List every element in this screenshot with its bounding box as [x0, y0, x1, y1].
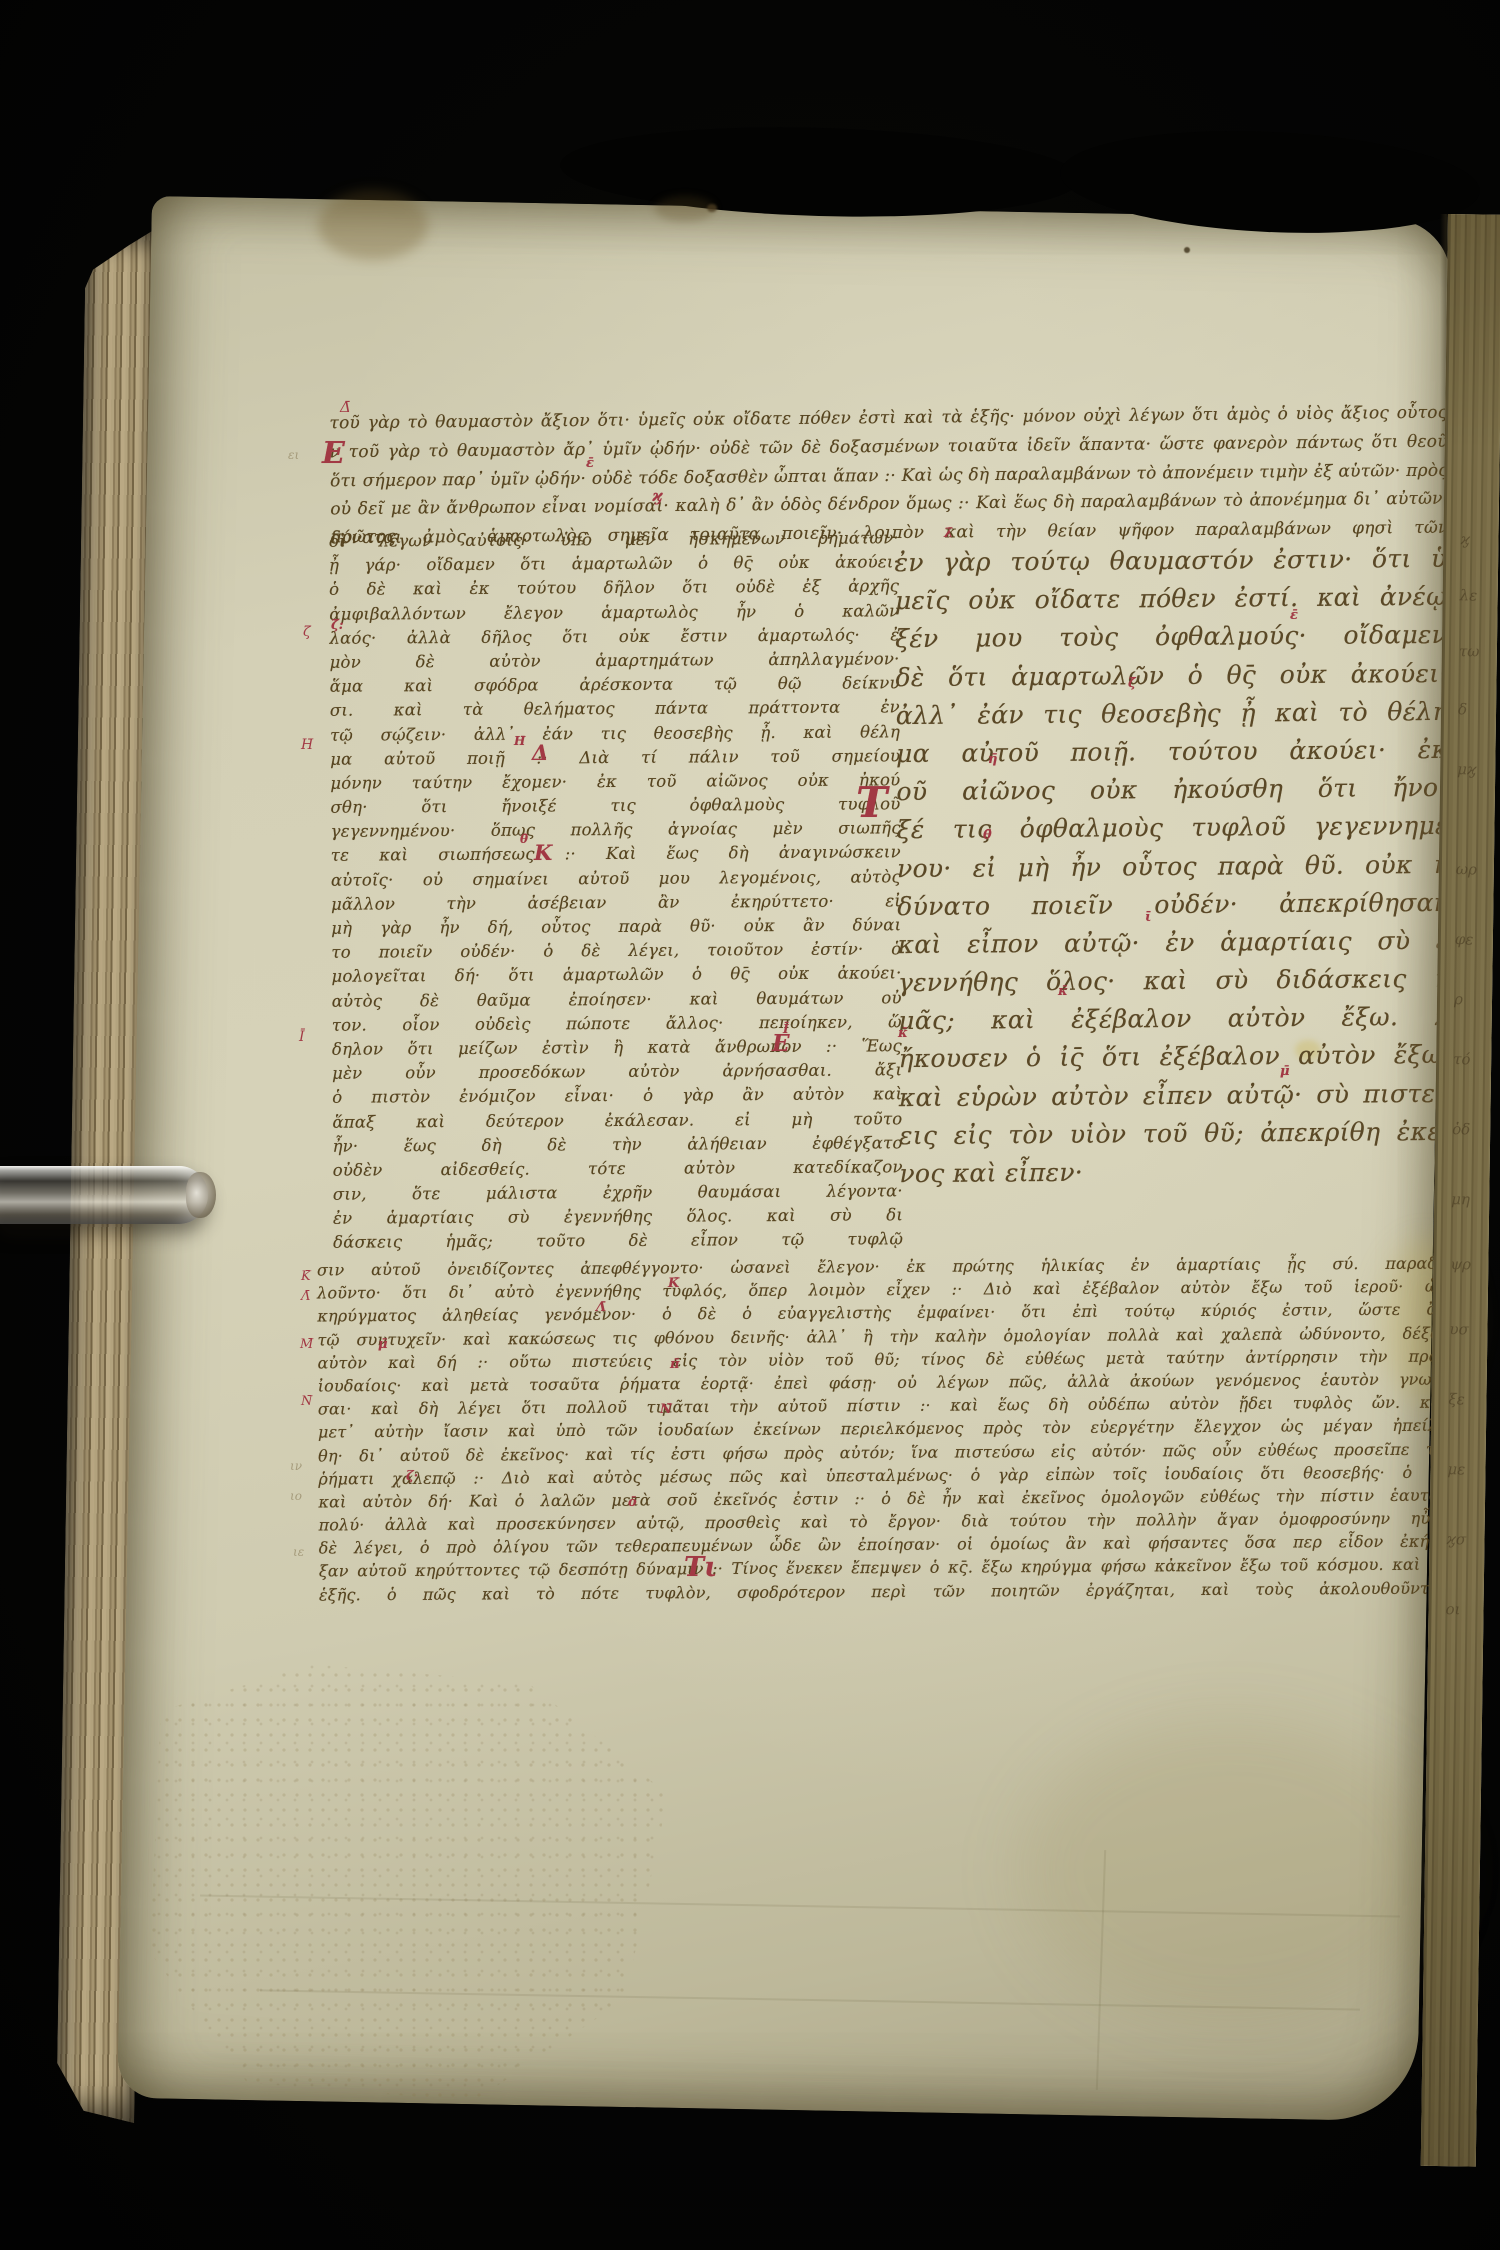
margin-section-letter: Ν̄ [301, 1394, 312, 1409]
manuscript-text-line: οὐδὲν αἰδεσθείς. τότε αὐτὸν κατεδίκαζον [333, 1155, 903, 1183]
margin-section-letter: Η̄ [301, 737, 313, 753]
manuscript-text-line: ἀλλ᾽ ἐάν τις θεοσεβὴς ᾖ καὶ τὸ θέλη [896, 693, 1448, 736]
manuscript-text-line: σι. καὶ τὰ θελήματος πάντα πράττοντα ἐν [330, 696, 900, 724]
manuscript-text-line: σιν, ὅτε μάλιστα ἐχρῆν θαυμάσαι λέγοντα· [333, 1179, 903, 1207]
rubric-letter: ζ̄ [1128, 676, 1136, 691]
manuscript-text-line: ἦν· ἕως δὴ δὲ τὴν ἀλήθειαν ἐφθέγξατο [332, 1131, 902, 1159]
manuscript-text-line: μᾶλλον τὴν ἀσέβειαν ἂν ἐκηρύττετο· εἰ [331, 889, 901, 917]
fore-edge-text-fragment: μη [1451, 1190, 1470, 1208]
fore-edge-text-fragment: ὁδ [1452, 1120, 1470, 1138]
rubric-letter: ε̄ [586, 456, 594, 471]
manuscript-text-line: ἀμφιβαλλόντων ἔλεγον ἁμαρτωλὸς ἦν ὁ καλῶ… [329, 599, 899, 627]
manuscript-text-line: ὁ δὲ καὶ ἐκ τούτου δῆλον ὅτι οὐδὲ ἐξ ἀρχ… [329, 575, 899, 603]
manuscript-text-line: τε καὶ σιωπήσεως :· Καὶ ἕως δὴ ἀναγινώσκ… [331, 841, 901, 869]
left-commentary-column: οἱ λέγων αὐτοῖς· ὑπὸ μὲν ἠσκημένων ῥημάτ… [329, 526, 903, 1255]
manuscript-text-line: ἐν γὰρ τούτῳ θαυμαστόν ἐστιν· ὅτι ὑ [894, 540, 1446, 583]
rubric-letter: κ̄ [1058, 984, 1068, 999]
manuscript-text-line: μὸν δὲ αὐτὸν ἁμαρτημάτων ἀπηλλαγμένον· [330, 647, 900, 675]
rubric-letter: Ε [322, 436, 345, 471]
fore-edge-text-fragment: λε [1460, 586, 1478, 604]
manuscript-text-line: ξέν μου τοὺς ὀφθαλμούς· οἴδαμεν [895, 616, 1447, 659]
manuscript-text-line: αὐτοῖς· οὐ σημαίνει αὐτοῦ μου λεγομένοις… [331, 865, 901, 893]
fore-edge-text-fragment: μϗ [1457, 760, 1476, 778]
rubric-letter: η̄ [988, 752, 997, 767]
fore-edge-text-fragment: οι [1445, 1600, 1460, 1618]
manuscript-text-line: γεγεννημένου· ὅπως πολλῆς ἀγνοίας μὲν σι… [331, 817, 901, 845]
manuscript-text-line: ἅπαξ καὶ δεύτερον ἐκάλεσαν. εἰ μὴ τοῦτο [332, 1107, 902, 1135]
manuscript-text-line: μᾶς; καὶ ἐξέβαλον αὐτὸν ἔξω. ϗ [898, 998, 1450, 1041]
manuscript-text-line: καὶ εὑρὼν αὐτὸν εἶπεν αὐτῷ· σὺ πιστεύ [899, 1074, 1451, 1117]
manuscript-text-line: δύνατο ποιεῖν οὐδέν· ἀπεκρίθησαν [897, 884, 1449, 927]
manuscript-text-line: δάσκεις ἡμᾶς; τοῦτο δὲ εἶπον τῷ τυφλῷ [333, 1228, 903, 1256]
rubric-letter: Η̄ [514, 734, 525, 748]
gospel-text-column: ἐν γὰρ τούτῳ θαυμαστόν ἐστιν· ὅτι ὑμεῖς … [894, 540, 1451, 1194]
manuscript-text-line: μόνην ταύτην ἔχομεν· ἐκ τοῦ αἰῶνος οὐκ ἠ… [330, 768, 900, 796]
manuscript-text-line: νος καὶ εἶπεν· [899, 1151, 1451, 1194]
fore-edge-text-fragment: ϗ [1460, 530, 1470, 548]
margin-section-letter: ιν [290, 1459, 302, 1473]
manuscript-text-line: οῦ αἰῶνος οὐκ ἠκούσθη ὅτι ἤνοι [896, 769, 1448, 812]
manuscript-text-line: μα αὐτοῦ ποιῇ :· Διὰ τί πάλιν τοῦ σημείο… [330, 744, 900, 772]
manuscript-text-line: τον. οἷον οὐδεὶς πώποτε ἄλλος· πεποίηκεν… [332, 1010, 902, 1038]
rubric-letter: μ̄ [1280, 1064, 1290, 1079]
manuscript-text-line: ἅμα καὶ σφόδρα ἀρέσκοντα τῷ θῷ δείκνυ [330, 671, 900, 699]
fore-edge-text-fragment: φε [1455, 930, 1474, 948]
fore-edge-text-fragment: υσ [1449, 1320, 1469, 1338]
fore-edge-text-fragment: με [1447, 1460, 1465, 1478]
manuscript-text-line: μα αὐτοῦ ποιῇ. τούτου ἀκούει· ἐκ [896, 731, 1448, 774]
glass-page-weight-rod [0, 1166, 208, 1224]
rubric-letter: Τι [684, 1552, 717, 1583]
rubric-letter: ῑ [1145, 910, 1151, 925]
margin-section-letter: ει [288, 448, 299, 462]
manuscript-text-line: γεννήθης ὅλος· καὶ σὺ διδάσκεις ἡ [898, 960, 1450, 1003]
manuscript-text-line: λαός· ἀλλὰ δῆλος ὅτι οὐκ ἔστιν ἁμαρτωλός… [329, 623, 899, 651]
fore-edge-text-fragment: ρ [1454, 990, 1463, 1008]
fore-edge-text-fragment: ϗσ [1446, 1530, 1466, 1548]
manuscript-text-line: νου· εἰ μὴ ἦν οὗτος παρὰ θῦ. οὐκ ἠ [897, 845, 1449, 888]
fore-edge-text-fragment: ξε [1448, 1390, 1465, 1408]
manuscript-text-line: ὁ πιστὸν ἐνόμιζον εἶναι· ὁ γὰρ ἂν αὐτὸν … [332, 1083, 902, 1111]
manuscript-text-line: μὴ γὰρ ἦν δή, οὗτος παρὰ θῦ· οὐκ ἂν δύνα… [331, 913, 901, 941]
manuscript-text-line: δὲ ὅτι ἁμαρτωλῶν ὁ θς̄ οὐκ ἀκούει· [895, 654, 1447, 697]
fore-edge-text-fragment: δ [1458, 700, 1467, 718]
rubric-letter: θ̄ [520, 832, 528, 846]
fore-edge-text-fragment: ωρ [1456, 860, 1477, 878]
manuscript-photo: τοῦ γὰρ τὸ θαυμαστὸν ἄξιον ὅτι· ὑμεῖς οὐ… [0, 0, 1500, 2250]
margin-section-letter: Κ̄ [301, 1269, 311, 1284]
margin-section-letter: ζ̄ [303, 624, 311, 640]
rubric-letter: Κ̄ [668, 1276, 679, 1291]
margin-section-letter: ιο [290, 1489, 302, 1503]
rubric-letter: κ̄ [898, 1026, 908, 1041]
rubric-letter: ζ· [406, 1469, 418, 1484]
rubric-letter: Λ̄ [596, 1300, 606, 1315]
manuscript-text-line: δηλον ὅτι μείζων ἐστὶν ἢ κατὰ ἄνθρωπον :… [332, 1034, 902, 1062]
rubric-letter: Τ [856, 778, 887, 827]
rubric-letter: μ̄ [378, 1337, 388, 1352]
margin-section-letter: Μ̄ [300, 1337, 313, 1352]
manuscript-text-line: αὐτὸς δὲ θαῦμα ἐποίησεν· καὶ θαυμάτων οὐ [332, 986, 902, 1014]
rubric-letter: Ν̄ [660, 1402, 672, 1417]
manuscript-text-line: μολογεῖται δή· ὅτι ἁμαρτωλῶν ὁ θς̄ οὐκ ἀ… [331, 962, 901, 990]
margin-section-letter: Δ̄ [340, 398, 351, 416]
rubric-letter: θ̄ [983, 828, 992, 843]
manuscript-text-line: καὶ εἶπον αὐτῷ· ἐν ἁμαρτίαις σὺ ἐ [897, 922, 1449, 965]
bottom-commentary-block: σιν αὐτοῦ ὀνειδίζοντες ἀπεφθέγγοντο· ὡσα… [317, 1253, 1449, 1608]
rubric-letter: λ̄ [944, 526, 953, 541]
rubric-letter: Κ [534, 840, 552, 865]
manuscript-text-line: οἱ λέγων αὐτοῖς· ὑπὸ μὲν ἠσκημένων ῥημάτ… [329, 526, 899, 554]
rubric-letter: ε̄ [1290, 608, 1298, 623]
fore-edge-text-fragment: τω [1459, 642, 1480, 660]
manuscript-text-line: σθη· ὅτι ἤνοιξέ τις ὀφθαλμοὺς τυφλοῦ [330, 792, 900, 820]
glass-rod-tip [186, 1172, 216, 1218]
rubric-letter: ο̄ [628, 1495, 637, 1510]
manuscript-text-line: μὲν οὖν προσεδόκων αὐτὸν ἀρνήσασθαι. ἄξι [332, 1058, 902, 1086]
manuscript-text-line: εις εἰς τὸν υἱὸν τοῦ θῦ; ἀπεκρίθη ἐκεῖ [899, 1113, 1451, 1156]
manuscript-text-line: ξέ τις ὀφθαλμοὺς τυφλοῦ γεγεννημέ [897, 807, 1449, 850]
manuscript-text-line: το ποιεῖν οὐδέν· ὁ δὲ λέγει, τοιοῦτον ἐσ… [331, 937, 901, 965]
rubric-letter: ϗ [652, 486, 662, 505]
manuscript-text-line: μεῖς οὐκ οἴδατε πόθεν ἐστί. καὶ ἀνέῳ [895, 578, 1447, 621]
fore-edge-text-fragment: ψρ [1450, 1255, 1471, 1273]
margin-section-letter: Ῑ [299, 1029, 305, 1045]
rubric-letter: ζ̄: [331, 618, 344, 633]
rubric-letter: Δ [532, 740, 548, 765]
fore-edge-text-fragment: τό [1453, 1050, 1471, 1068]
rubric-letter: π̄ [670, 1357, 680, 1372]
margin-section-letter: ιε [293, 1545, 304, 1559]
manuscript-text-line: ἤκουσεν ὁ ἰς̄ ὅτι ἐξέβαλον αὐτὸν ἔξω· [898, 1036, 1450, 1079]
margin-section-letter: Λ̄ [301, 1289, 310, 1304]
manuscript-text-line: τῷ σῴζειν· ἀλλ᾽ ἐάν τις θεοσεβὴς ᾖ. καὶ … [330, 720, 900, 748]
rubric-letter: Ε [772, 1030, 790, 1057]
manuscript-text-line: ᾖ γάρ· οἴδαμεν ὅτι ἁμαρτωλῶν ὁ θς̄ οὐκ ἀ… [329, 550, 899, 578]
manuscript-text-line: ἐν ἁμαρτίαις σὺ ἐγεννήθης ὅλος. καὶ σὺ δ… [333, 1204, 903, 1232]
